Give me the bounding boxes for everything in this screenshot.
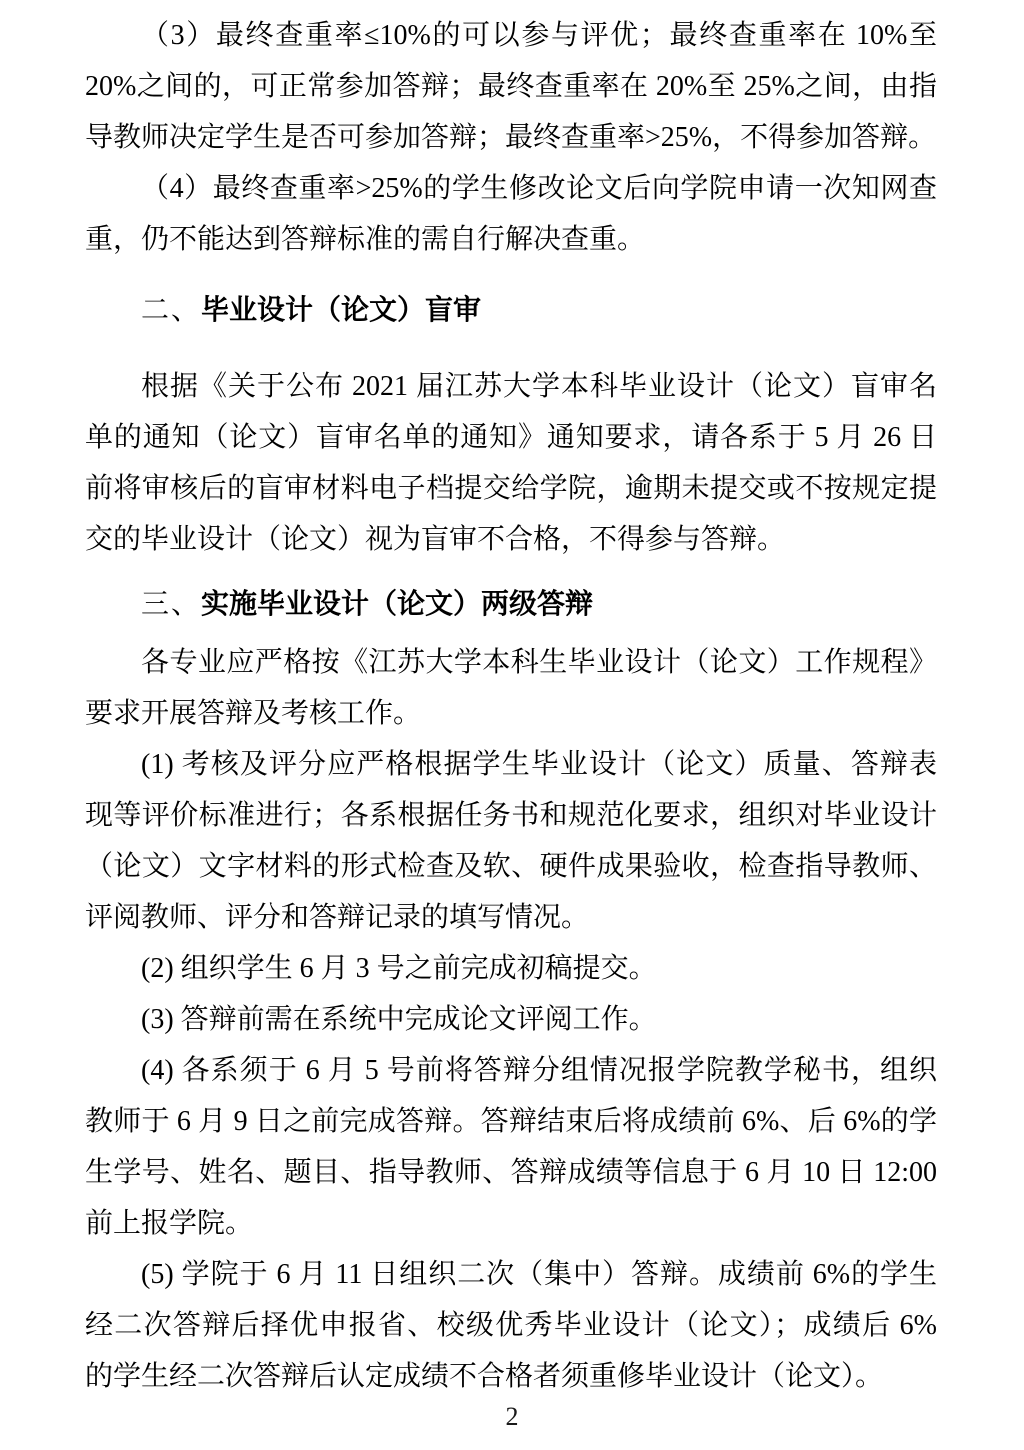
document-line: （3）最终查重率≤10%的可以参与评优；最终查重率在 10%至 (85, 10, 937, 61)
document-line: 重，仍不能达到答辩标准的需自行解决查重。 (85, 214, 937, 265)
section-title: 实施毕业设计（论文）两级答辩 (201, 589, 593, 620)
document-line: 导教师决定学生是否可参加答辩；最终查重率>25%，不得参加答辩。 (85, 112, 937, 163)
section-heading-two-level-defense: 三、实施毕业设计（论文）两级答辩 (85, 579, 937, 630)
document-line: 评阅教师、评分和答辩记录的填写情况。 (85, 892, 937, 943)
document-line: 经二次答辩后择优申报省、校级优秀毕业设计（论文）；成绩后 6% (85, 1300, 937, 1351)
document-line: (4) 各系须于 6 月 5 号前将答辩分组情况报学院教学秘书，组织 (85, 1045, 937, 1096)
document-line: (2) 组织学生 6 月 3 号之前完成初稿提交。 (85, 943, 937, 994)
document-line: 交的毕业设计（论文）视为盲审不合格，不得参与答辩。 (85, 514, 937, 565)
document-line: 根据《关于公布 2021 届江苏大学本科毕业设计（论文）盲审名 (85, 361, 937, 412)
document-line: 各专业应严格按《江苏大学本科生毕业设计（论文）工作规程》 (85, 637, 937, 688)
document-line: (3) 答辩前需在系统中完成论文评阅工作。 (85, 994, 937, 1045)
page-number: 2 (0, 1402, 1024, 1432)
document-line: （论文）文字材料的形式检查及软、硬件成果验收，检查指导教师、 (85, 841, 937, 892)
document-line: 现等评价标准进行；各系根据任务书和规范化要求，组织对毕业设计 (85, 790, 937, 841)
section-title: 毕业设计（论文）盲审 (201, 295, 481, 326)
document-page: （3）最终查重率≤10%的可以参与评优；最终查重率在 10%至 20%之间的，可… (0, 0, 1024, 1450)
document-line: 要求开展答辩及考核工作。 (85, 688, 937, 739)
document-line: 生学号、姓名、题目、指导教师、答辩成绩等信息于 6 月 10 日 12:00 (85, 1147, 937, 1198)
document-line: 的学生经二次答辩后认定成绩不合格者须重修毕业设计（论文）。 (85, 1351, 937, 1402)
document-line: 前上报学院。 (85, 1198, 937, 1249)
section-heading-blind-review: 二、毕业设计（论文）盲审 (85, 285, 937, 336)
document-line: 20%之间的，可正常参加答辩；最终查重率在 20%至 25%之间，由指 (85, 61, 937, 112)
document-line: (5) 学院于 6 月 11 日组织二次（集中）答辩。成绩前 6%的学生 (85, 1249, 937, 1300)
document-line: （4）最终查重率>25%的学生修改论文后向学院申请一次知网查 (85, 163, 937, 214)
section-number: 二、 (141, 295, 201, 326)
document-line: (1) 考核及评分应严格根据学生毕业设计（论文）质量、答辩表 (85, 739, 937, 790)
document-line: 教师于 6 月 9 日之前完成答辩。答辩结束后将成绩前 6%、后 6%的学 (85, 1096, 937, 1147)
document-line: 单的通知（论文）盲审名单的通知》通知要求，请各系于 5 月 26 日 (85, 412, 937, 463)
section-number: 三、 (141, 589, 201, 620)
document-line: 前将审核后的盲审材料电子档提交给学院，逾期未提交或不按规定提 (85, 463, 937, 514)
